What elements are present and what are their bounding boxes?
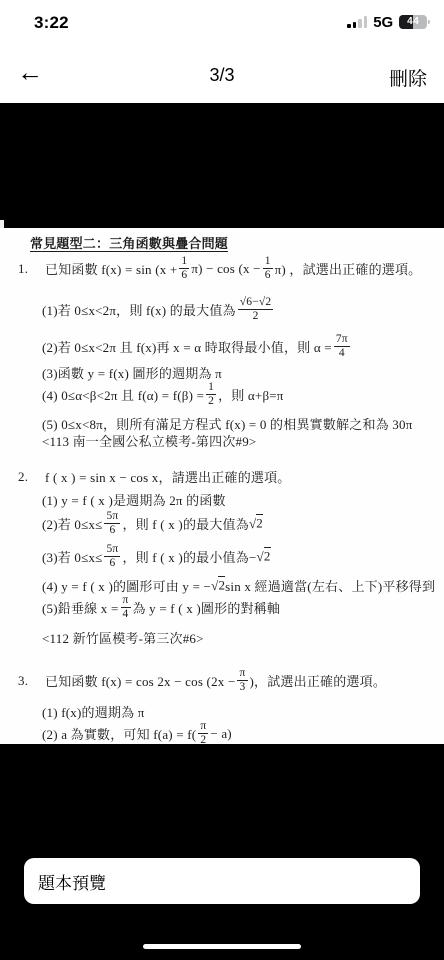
fraction: 12 bbox=[206, 381, 216, 408]
screen: 3:22 5G 44 ← 3/3 刪除 常見題型二：三角函數與疊合問題1.已知函… bbox=[0, 0, 444, 960]
fraction: 16 bbox=[179, 255, 189, 282]
square-root: √2 bbox=[256, 549, 270, 565]
doc-line: (1)若 0≤x<2π，則 f(x) 的最大值為 √6−√22 bbox=[42, 296, 275, 323]
battery-icon: 44 bbox=[399, 15, 427, 29]
doc-line: (2) a 為實數，可知 f(a) = f( π2 − a) bbox=[42, 720, 232, 744]
problem-number: 2. bbox=[18, 469, 45, 485]
fraction: 5π6 bbox=[104, 543, 120, 570]
doc-line: (4) 0≤α<β<2π 且 f(α) = f(β) = 12，則 α+β=π bbox=[42, 381, 284, 408]
problem-number: 1. bbox=[18, 261, 45, 277]
doc-line: <112 新竹區模考-第三次#6> bbox=[42, 628, 204, 647]
battery-cap bbox=[428, 20, 430, 25]
fraction: π2 bbox=[198, 720, 208, 744]
square-root: √2 bbox=[249, 516, 263, 532]
fraction: √6−√22 bbox=[238, 296, 274, 323]
clock: 3:22 bbox=[34, 13, 69, 33]
doc-line: (1) f(x)的週期為 π bbox=[42, 702, 145, 721]
fraction: 16 bbox=[263, 255, 273, 282]
doc-line: (5)鉛垂線 x = π4 為 y = f ( x )圖形的對稱軸 bbox=[42, 594, 280, 621]
doc-line: <113 南一全國公私立模考-第四次#9> bbox=[42, 431, 256, 450]
caption-input[interactable] bbox=[24, 858, 420, 904]
status-bar: 3:22 5G 44 bbox=[0, 0, 444, 44]
fraction: π3 bbox=[237, 667, 247, 694]
network-type-label: 5G bbox=[373, 14, 393, 31]
doc-line: 2.f ( x ) = sin x − cos x，請選出正確的選項。 bbox=[18, 467, 291, 486]
doc-line: (2)若 0≤x≤ 5π6，則 f ( x )的最大值為√2 bbox=[42, 510, 263, 537]
doc-line: (1) y = f ( x )是週期為 2π 的函數 bbox=[42, 490, 226, 509]
doc-line: (4) y = f ( x )的圖形可由 y = − √2 sin x 經過適當… bbox=[42, 576, 435, 595]
doc-line: 3.已知函數 f(x) = cos 2x − cos (2x − π3)，試選出… bbox=[18, 667, 386, 694]
fraction: 7π4 bbox=[334, 333, 350, 360]
top-chrome: 3:22 5G 44 ← 3/3 刪除 bbox=[0, 0, 444, 103]
page-counter: 3/3 bbox=[0, 65, 444, 86]
doc-line: (2)若 0≤x<2π 且 f(x)再 x = α 時取得最小值，則 α = 7… bbox=[42, 333, 352, 360]
home-indicator[interactable] bbox=[143, 944, 301, 949]
delete-button[interactable]: 刪除 bbox=[389, 64, 427, 91]
square-root: √2 bbox=[211, 578, 225, 594]
battery-percentage: 44 bbox=[399, 15, 427, 29]
nav-bar: ← 3/3 刪除 bbox=[0, 44, 444, 103]
fraction: 5π6 bbox=[104, 510, 120, 537]
doc-line: (3)函數 y = f(x) 圖形的週期為 π bbox=[42, 363, 222, 382]
document-page: 常見題型二：三角函數與疊合問題1.已知函數 f(x) = sin (x + 16… bbox=[0, 228, 444, 744]
fraction: π4 bbox=[121, 594, 131, 621]
photo-viewer[interactable]: 常見題型二：三角函數與疊合問題1.已知函數 f(x) = sin (x + 16… bbox=[0, 103, 444, 960]
doc-line: (3)若 0≤x≤ 5π6，則 f ( x )的最小值為− √2 bbox=[42, 543, 271, 570]
cellular-signal-icon bbox=[347, 16, 367, 28]
doc-line: 常見題型二：三角函數與疊合問題 bbox=[30, 233, 228, 252]
problem-number: 3. bbox=[18, 673, 45, 689]
doc-line: 1.已知函數 f(x) = sin (x + 16 π) − cos (x − … bbox=[18, 255, 421, 282]
